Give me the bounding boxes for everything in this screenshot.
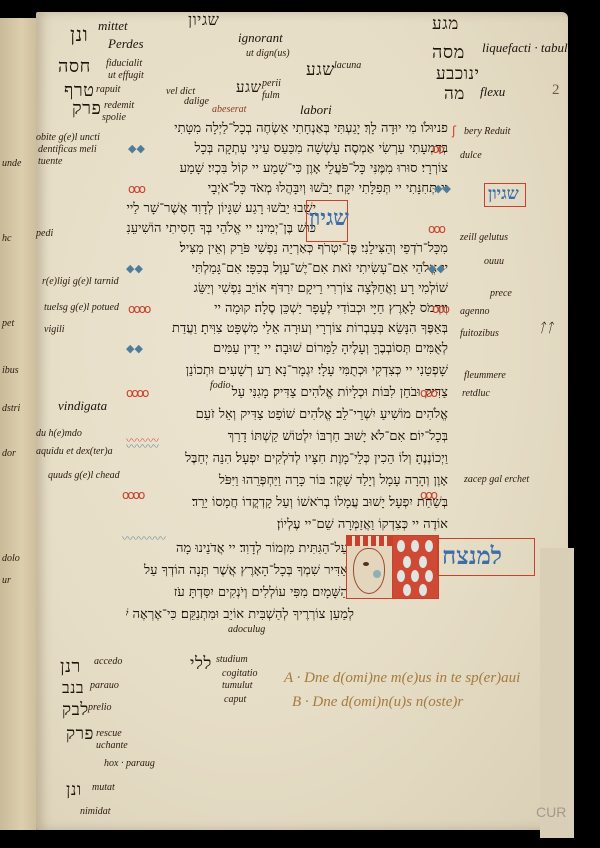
text-line: בְּאַפֶּךָ הִנָּשֵׂא בְּעַבְרוֹת צוֹרְרָ… [126,320,448,336]
text-line: יי תְּחִנָּתִי יי תְּפִלָּתִי יִקָּח׃ יֵ… [126,180,448,196]
later-annotation: B · Dne d(omi)n(u)s n(oste)r [292,694,463,711]
text-line: שׁוֹלְמִי רָע וָאֲחַלְּצָה צוֹרְרִי רֵיק… [126,280,448,296]
prev-page-gloss: ur [2,575,11,586]
margin-gloss: vigili [44,324,65,335]
psalm-title-box: למנצח [437,538,535,576]
gloss-hebrew: שגע [306,60,335,80]
gloss-hebrew: בנב [62,678,84,698]
gloss-latin: fiducialit [106,58,142,69]
gloss-latin: accedo [94,656,122,667]
gloss-hebrew: מה [444,84,465,104]
line-filler-blue: ◆◆ [428,262,445,275]
gloss-latin: spolie [102,112,126,123]
gloss-latin: tumulut [222,680,253,691]
text-line: מִכָּל־רֹדְפַי וְהַצִּילֵנִי׃ פֶּן־יִטְר… [126,240,448,256]
gloss-hebrew: שגע [236,78,262,97]
line-filler-red: ooo [128,182,144,196]
line-filler-wave-blue: 〰〰〰〰 [122,530,166,546]
gloss-latin: ut dign(us) [246,48,290,59]
text-line: אַדִּיר שִׁמְךָ בְּכָל־הָאָרֶץ אֲשֶׁר תְ… [126,562,348,578]
gloss-hebrew: מגע [432,14,459,34]
previous-page-edge: unde hc pet ibus dstri dor dolo ur [0,18,37,830]
line-filler-red: oooo [128,302,149,316]
margin-mark: ᛏᛏ [538,320,554,336]
gloss-latin: hox · paraug [104,758,155,769]
text-line: וַיְכוֹנְנֶהָ׃ וְלוֹ הֵכִין כְּלֵי־מָוֶת… [126,450,448,466]
gloss-latin: nimidat [80,806,111,817]
margin-gloss: obite g(e)l uncti [36,132,100,143]
text-line: אָוֶן וְהָרָה עָמָל וְיָלַד שָׁקֶר׃ בּוֹ… [126,472,448,488]
gloss-latin: Perdes [108,36,144,52]
gloss-latin: ut effugit [108,70,144,81]
historiated-initial-king-head [346,535,394,599]
psalm-title-word: למנצח [442,541,502,571]
margin-gloss: pedi [36,228,53,239]
gloss-latin: studium [216,654,248,665]
gloss-latin: cogitatio [222,668,258,679]
gloss-latin: mutat [92,782,115,793]
gloss-hebrew: ונן [70,22,88,47]
pencil-note: CUR [536,804,566,820]
text-line: בְּשַׁחַת יִפְעָל׃ יָשׁוּב עֲמָלוֹ בְרֹא… [126,494,448,510]
margin-gloss: vindigata [58,398,107,414]
line-filler-wave-blue: 〰〰〰 [126,438,159,454]
gloss-hebrew: פרק [66,724,94,744]
gloss-hebrew: לבק [62,700,89,720]
gloss-latin: redemit [104,100,134,111]
margin-gloss: zacep gal erchet [464,474,529,485]
line-filler-red: ooo [432,302,448,316]
line-filler-red: ooo [420,488,436,502]
margin-gloss: prece [490,288,512,299]
gloss-latin: uchante [96,740,128,751]
line-filler-blue: ◆◆ [434,182,451,195]
margin-initial-box: שגיון [484,183,526,207]
inline-initial-box: שגיון [306,200,348,242]
gloss-hebrew: חסה [58,56,91,77]
line-filler-red: ooo [428,222,444,236]
margin-gloss: fuitozibus [460,328,499,339]
text-line: הַשָּׁמָיִם׃ מִפִּי עוֹלְלִים וְיֹנְקִים… [126,584,348,600]
text-line: פניוּלֹו מִי יוּדָה לָךְ׃ יָגַעְתִּי בְּ… [126,120,448,136]
margin-gloss: quuds g(e)l chead [48,470,120,481]
leaf-lower-right-edge [540,548,574,838]
margin-gloss: retdluc [462,388,490,399]
text-line: אֱלֹהִים מוֹשִׁיעַ יִשְׁרֵי־לֵב׃ אֱלֹהִי… [126,406,448,422]
text-line: צַדִּיק וּבֹחֵן לִבּוֹת וּכְלָיוֹת אֱלֹה… [126,384,448,400]
text-line: וְיִרְמֹס לָאָרֶץ חַיָּי וּכְבוֹדִי לֶעָ… [126,300,448,316]
gloss-latin: dalige [184,96,209,107]
gloss-latin: fulm [262,90,280,101]
prev-page-gloss: dor [2,448,16,459]
margin-gloss: fleummere [464,370,506,381]
gloss-hebrew: ינוכבע [436,64,479,84]
margin-initial-word: שגיון [488,184,519,204]
line-filler-red: ooo [420,386,436,400]
margin-gloss: dulce [460,150,482,161]
text-line: בְּדִמְעָתִי עַרְשִׂי אַמְסֶה׃ עָשְׁשָׁה… [126,140,448,156]
margin-gloss: dentificas meli [38,144,97,155]
prev-page-gloss: ibus [2,365,19,376]
text-line: כוּשׁ בֶּן־יְמִינִי׃ יי אֱלֹהַי בְּךָ חָ… [126,220,316,236]
margin-gloss: du h(e)mdo [36,428,82,439]
cheek-dot [373,570,381,578]
decorated-panel [392,535,439,599]
text-line: אוֹדֶה יי כְּצִדְקוֹ וַאֲזַמְּרָה שֵׁם־י… [126,516,448,532]
eye [363,562,369,566]
gloss-latin: rescue [96,728,122,739]
margin-gloss: bery Reduit [464,126,510,137]
gloss-latin: lacuna [334,60,361,71]
gloss-latin: mittet [98,18,128,34]
line-filler-blue: ◆◆ [126,342,143,355]
gloss-latin: ignorant [238,30,283,46]
gloss-latin: caput [224,694,246,705]
inline-initial-word: שגיון [309,205,349,231]
text-line: לְאֻמִּים תְּסוֹבְבֶךָּ וְעָלֶיהָ לַמָּר… [126,340,448,356]
prev-page-gloss: unde [2,158,21,169]
gloss-latin: rapuit [96,84,120,95]
gloss-hebrew: מסה [432,42,465,63]
gloss-hebrew: רנן [60,656,81,677]
text-line: לְמַעַן צוֹרְרֶיךָ לְהַשְׁבִּית אוֹיֵב ו… [126,606,354,622]
crown [347,536,393,546]
gloss-latin: parauo [90,680,119,691]
interlinear-gloss: adoculug [228,624,265,635]
margin-gloss: r(e)ligi g(e)l tarnid [42,276,119,287]
gloss-latin: liquefacti · tabul [482,40,568,56]
prev-page-gloss: pet [2,318,14,329]
line-filler-red: oooo [126,386,147,400]
prev-page-gloss: dolo [2,553,20,564]
text-line: יָשֻׁבוּ יֵבֹשׁוּ רָגַע׃ שִׁגָּיוֹן לְדָ… [126,200,316,216]
margin-gloss: ouuu [484,256,504,267]
interlinear-gloss: fodio [210,380,231,391]
gloss-latin: flexu [480,84,505,100]
text-line: צוֹרְרָי׃ סוּרוּ מִמֶּנִּי כָּל־פֹּעֲלֵי… [126,160,448,176]
text-line: יי אֱלֹהַי אִם־עָשִׂיתִי זֹאת אִם־יֶשׁ־ע… [126,260,448,276]
gloss-hebrew: פרק [72,98,101,119]
margin-gloss: tuente [38,156,62,167]
margin-gloss: zeill gelutus [460,232,508,243]
gloss-hebrew: ללי [190,654,212,674]
prev-page-gloss: hc [2,233,11,244]
text-line: שָׁפְטֵנִי יי כְּצִדְקִי וּכְתֻמִּי עָלָ… [126,362,448,378]
gloss-hebrew: שגיון [188,10,219,30]
margin-gloss: agenno [460,306,489,317]
gloss-latin-interlinear: abeserat [212,104,246,115]
line-filler-red: oooo [122,488,143,502]
line-filler-blue: ◆◆ [128,142,145,155]
prev-page-gloss: dstri [2,403,20,414]
gloss-latin: perii [262,78,281,89]
gloss-latin: prelio [88,702,112,713]
folio-number: 2 [552,82,560,99]
line-filler-red: ʃ [452,124,454,138]
gloss-latin-interlinear: labori [300,102,332,118]
margin-gloss: aquidu et dex(ter)a [36,446,113,457]
later-annotation: A · Dne d(omi)ne m(e)us in te sp(er)aui [284,670,520,687]
line-filler-red: oo [432,142,443,156]
gloss-hebrew: ונן [66,780,82,800]
text-line: בְּכָל־יוֹם׃ אִם־לֹא יָשׁוּב חַרְבּוֹ יִ… [126,428,448,444]
line-filler-blue: ◆◆ [126,262,143,275]
margin-gloss: tuelsg g(e)l potued [44,302,119,313]
